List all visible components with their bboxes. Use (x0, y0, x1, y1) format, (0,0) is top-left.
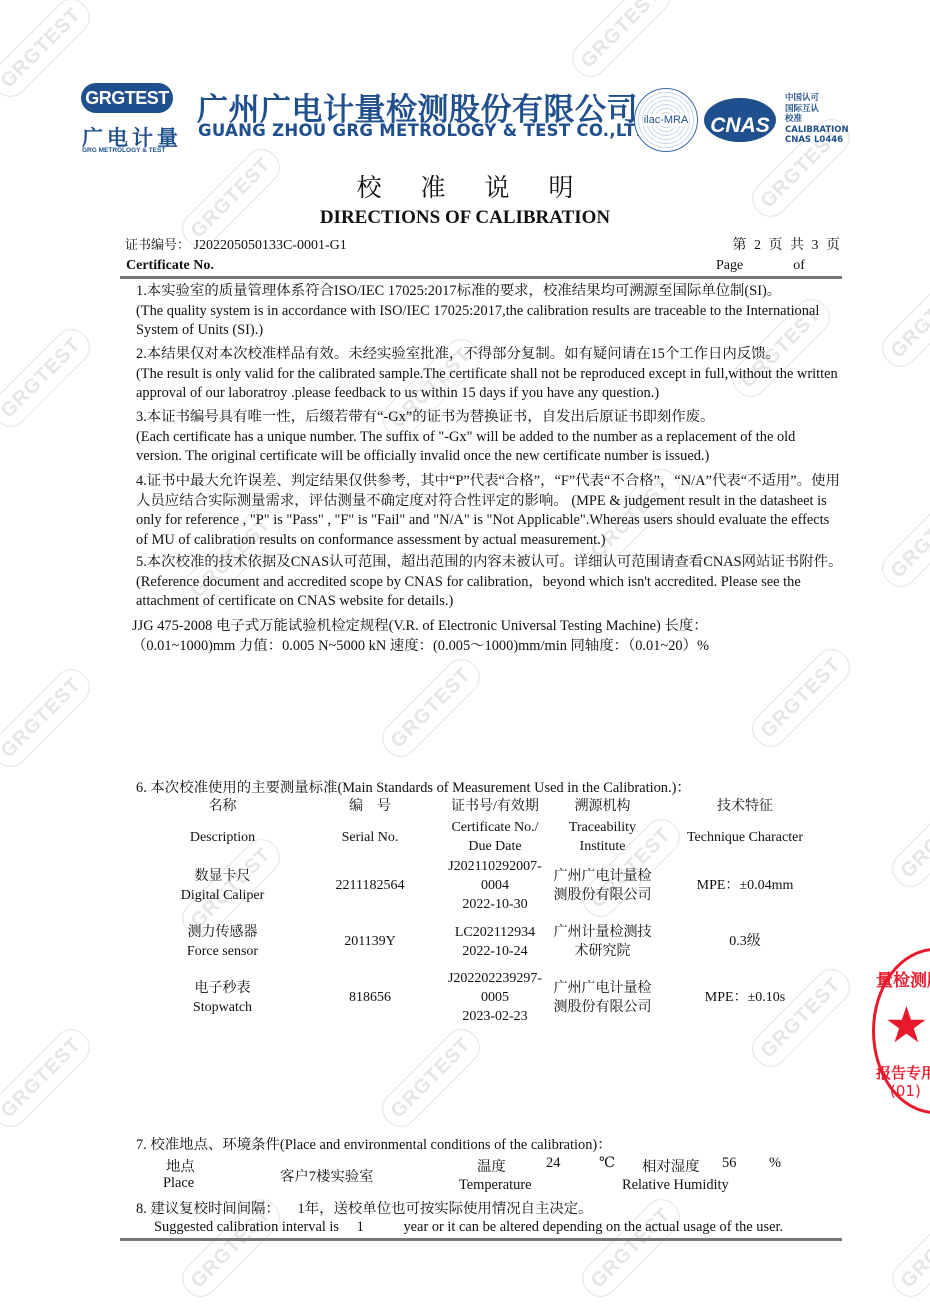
page-label: Page (716, 258, 743, 273)
reference-line: （0.01~1000)mm 力值：0.005 N~5000 kN 速度：(0.0… (132, 637, 840, 657)
humidity-value: 56 (722, 1155, 736, 1172)
table-header-row-cn: 名称 编 号 证书号/有效期 溯源机构 技术特征 (150, 795, 830, 817)
name-cn: 数显卡尺 (150, 867, 295, 886)
temperature-label-cn: 温度 (477, 1155, 506, 1176)
institute-cell: 广州广电计量检测股份有限公司 (545, 969, 660, 1026)
character-cell: MPE：±0.10s (660, 969, 830, 1026)
character-cell: MPE：±0.04mm (660, 857, 830, 914)
clause-text-en: (The quality system is in accordance wit… (136, 302, 844, 341)
name-en: Digital Caliper (150, 886, 295, 905)
name-cn: 电子秒表 (150, 979, 295, 998)
character-cell: 0.3级 (660, 914, 830, 969)
clause-text-en: (The result is only valid for the calibr… (136, 365, 844, 404)
standards-heading: 6. 本次校准使用的主要测量标准(Main Standards of Measu… (136, 776, 691, 797)
document-title-en: DIRECTIONS OF CALIBRATION (0, 207, 930, 229)
column-header: 证书号/有效期 (445, 795, 545, 817)
humidity-unit: % (769, 1155, 781, 1172)
serial-cell: 201139Y (295, 914, 445, 969)
column-header: Certificate No./ Due Date (445, 817, 545, 857)
table-row: 测力传感器Force sensor 201139Y LC202112934202… (150, 914, 830, 969)
name-en: Force sensor (150, 942, 295, 961)
humidity-label-en: Relative Humidity (622, 1177, 729, 1194)
page-indicator-en: Pageof (716, 258, 805, 274)
watermark-stamp: GRGTEST (875, 262, 930, 374)
watermark-stamp: GRGTEST (875, 482, 930, 594)
temperature-unit: ℃ (599, 1155, 615, 1172)
clause-text-en: (Reference document and accredited scope… (136, 574, 801, 610)
name-en: Stopwatch (150, 998, 295, 1017)
column-header: Technique Character (660, 817, 830, 857)
place-label-en: Place (163, 1175, 194, 1192)
table-row: 电子秒表Stopwatch 818656 J202202239297-00052… (150, 969, 830, 1026)
clause-text-cn: 1.本实验室的质量管理体系符合ISO/IEC 17025:2017标准的要求，校… (136, 282, 844, 302)
watermark-stamp: GRGTEST (565, 0, 677, 84)
certificate-cell: LC2021129342022-10-24 (445, 914, 545, 969)
watermark-stamp: GRGTEST (0, 322, 97, 434)
watermark-stamp: GRGTEST (885, 1192, 930, 1304)
column-header: 名称 (150, 795, 295, 817)
watermark-stamp: GRGTEST (0, 0, 97, 104)
place-label-cn: 地点 (166, 1155, 195, 1176)
stamp-bottom-text: 报告专用 (876, 1062, 930, 1083)
logo-english-name: GRG METROLOGY & TEST (82, 147, 165, 154)
cnas-text-line: CNAS L0446 (785, 135, 849, 146)
stamp-number: (01) (890, 1082, 921, 1100)
interval-suffix: 年，送校单位也可按实际使用情况自主决定。 (305, 1201, 593, 1217)
place-value: 客户7楼实验室 (280, 1165, 374, 1186)
of-label: of (793, 258, 805, 273)
table-row: 数显卡尺Digital Caliper 2211182564 J20211029… (150, 857, 830, 914)
clause-text-en: (Each certificate has a unique number. T… (136, 428, 844, 467)
interval-value-en: 1 (357, 1219, 364, 1235)
clause-text-cn: 2.本结果仅对本次校准样品有效。未经实验室批准，不得部分复制。如有疑问请在15个… (136, 345, 844, 365)
page-indicator-cn: 第 2 页 共 3 页 (733, 234, 841, 254)
temperature-value: 24 (546, 1155, 560, 1172)
stamp-top-text: 量检测股 (876, 966, 930, 991)
due-date: 2022-10-24 (445, 942, 545, 961)
grgtest-logo: GRGTEST (81, 83, 173, 113)
cnas-logo-icon: CNAS (704, 92, 776, 148)
cert-no: LC202112934 (445, 923, 545, 942)
star-icon: ★ (884, 1000, 929, 1050)
interval-en-suffix: year or it can be altered depending on t… (403, 1219, 783, 1235)
clause-2: 2.本结果仅对本次校准样品有效。未经实验室批准，不得部分复制。如有疑问请在15个… (136, 345, 844, 404)
interval-value: 1 (298, 1201, 305, 1217)
ilac-label: ilac-MRA (643, 114, 690, 126)
due-date: 2023-02-23 (445, 1007, 545, 1026)
interval-line-en: Suggested calibration interval is 1 year… (154, 1219, 783, 1236)
cnas-accreditation-text: 中国认可 国际互认 校准 CALIBRATION CNAS L0446 (785, 93, 849, 146)
column-header: Description (150, 817, 295, 857)
column-header: Serial No. (295, 817, 445, 857)
due-date: 2022-10-30 (445, 895, 545, 914)
serial-cell: 2211182564 (295, 857, 445, 914)
clause-5: 5.本次校准的技术依据及CNAS认可范围，超出范围的内容未被认可。详细认可范围请… (136, 553, 844, 612)
clause-4: 4.证书中最大允许误差、判定结果仅供参考，其中“P”代表“合格”，“F”代表“不… (136, 472, 844, 550)
interval-en-prefix: Suggested calibration interval is (154, 1219, 339, 1235)
header-divider (120, 276, 842, 279)
column-header: 溯源机构 (545, 795, 660, 817)
humidity-label-cn: 相对湿度 (642, 1155, 700, 1176)
environment-heading: 7. 校准地点、环境条件(Place and environmental con… (136, 1133, 612, 1154)
company-name-en: GUANG ZHOU GRG METROLOGY & TEST CO.,LTD. (198, 121, 656, 140)
description-cell: 测力传感器Force sensor (150, 914, 295, 969)
standards-table: 名称 编 号 证书号/有效期 溯源机构 技术特征 Description Ser… (150, 795, 830, 1026)
ilac-mra-logo-icon: ilac-MRA (634, 88, 698, 152)
serial-cell: 818656 (295, 969, 445, 1026)
interval-line-cn: 8. 建议复校时间间隔： 1年，送校单位也可按实际使用情况自主决定。 (136, 1197, 593, 1218)
table-header-row-en: Description Serial No. Certificate No./ … (150, 817, 830, 857)
watermark-stamp: GRGTEST (0, 1022, 97, 1134)
footer-divider (120, 1238, 842, 1241)
certificate-cell: J202110292007-00042022-10-30 (445, 857, 545, 914)
description-cell: 电子秒表Stopwatch (150, 969, 295, 1026)
column-header: 技术特征 (660, 795, 830, 817)
temperature-label-en: Temperature (459, 1177, 532, 1194)
clause-text-cn: 3.本证书编号具有唯一性，后缀若带有“-Gx”的证书为替换证书，自发出后原证书即… (136, 408, 844, 428)
interval-heading: 8. 建议复校时间间隔： (136, 1201, 280, 1217)
cnas-text-line: CALIBRATION (785, 125, 849, 136)
institute-cell: 广州广电计量检测股份有限公司 (545, 857, 660, 914)
watermark-stamp: GRGTEST (0, 662, 97, 774)
watermark-stamp: GRGTEST (885, 782, 930, 894)
column-header: 编 号 (295, 795, 445, 817)
certificate-cell: J202202239297-00052023-02-23 (445, 969, 545, 1026)
institute-cell: 广州计量检测技术研究院 (545, 914, 660, 969)
watermark-stamp: GRGTEST (745, 642, 857, 754)
cert-no: J202110292007-0004 (445, 857, 545, 895)
column-header: Traceability Institute (545, 817, 660, 857)
document-title-cn: 校准说明 (0, 168, 930, 204)
clause-3: 3.本证书编号具有唯一性，后缀若带有“-Gx”的证书为替换证书，自发出后原证书即… (136, 408, 844, 467)
cnas-text-line: 国际互认 (785, 104, 849, 115)
certificate-label-en: Certificate No. (126, 258, 214, 274)
reference-line: JJG 475-2008 电子式万能试验机检定规程(V.R. of Electr… (132, 617, 840, 637)
cnas-text-line: 校准 (785, 114, 849, 125)
description-cell: 数显卡尺Digital Caliper (150, 857, 295, 914)
reference-document: JJG 475-2008 电子式万能试验机检定规程(V.R. of Electr… (132, 617, 840, 656)
clause-text-cn: 5.本次校准的技术依据及CNAS认可范围，超出范围的内容未被认可。详细认可范围请… (136, 554, 842, 570)
watermark-stamp: GRGTEST (375, 652, 487, 764)
red-seal-stamp: 量检测股 ★ 报告专用 (01) (872, 948, 930, 1108)
certificate-label-cn: 证书编号： (125, 238, 190, 253)
clause-1: 1.本实验室的质量管理体系符合ISO/IEC 17025:2017标准的要求，校… (136, 282, 844, 341)
cnas-text-line: 中国认可 (785, 93, 849, 104)
certificate-number-row: 证书编号： J202205050133C-0001-G1 (125, 234, 347, 254)
cert-no: J202202239297-0005 (445, 969, 545, 1007)
watermark-stamp: GRGTEST (375, 1022, 487, 1134)
name-cn: 测力传感器 (150, 923, 295, 942)
certificate-number: J202205050133C-0001-G1 (194, 238, 347, 253)
